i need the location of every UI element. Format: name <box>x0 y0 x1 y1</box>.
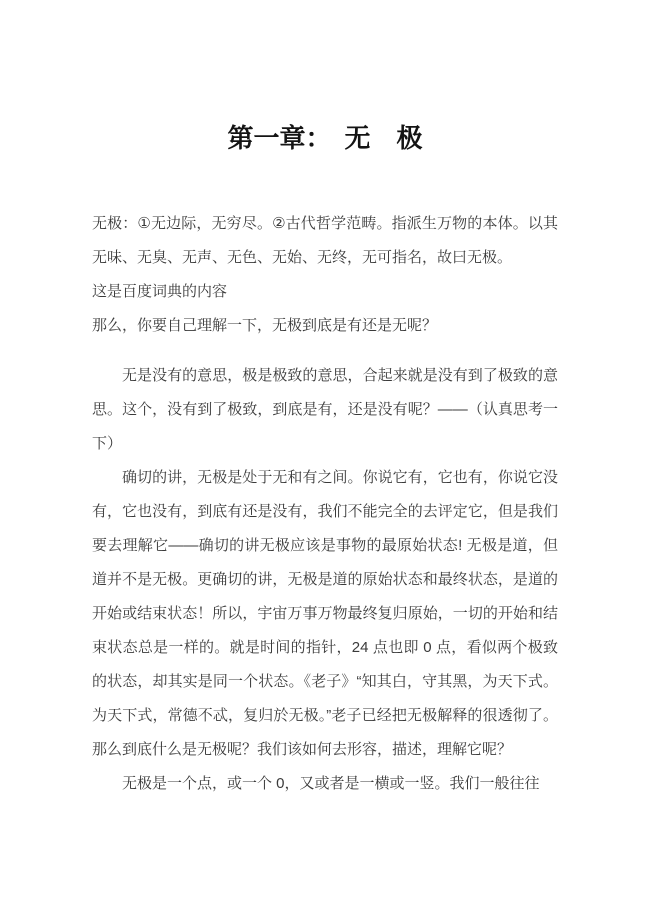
paragraph-definition: 无极：①无边际，无穷尽。②古代哲学范畴。指派生万物的本体。以其无味、无臭、无声、… <box>92 207 558 275</box>
paragraph-meaning: 无是没有的意思，极是极致的意思，合起来就是没有到了极致的意思。这个，没有到了极致… <box>92 359 558 461</box>
page-content: 第一章： 无 极 无极：①无边际，无穷尽。②古代哲学范畴。指派生万物的本体。以其… <box>92 0 558 801</box>
document-page: 第一章： 无 极 无极：①无边际，无穷尽。②古代哲学范畴。指派生万物的本体。以其… <box>0 0 646 914</box>
paragraph-source-note: 这是百度词典的内容 <box>92 275 558 309</box>
chapter-title: 第一章： 无 极 <box>92 119 558 157</box>
paragraph-explanation: 确切的讲，无极是处于无和有之间。你说它有，它也有，你说它没有，它也没有，到底有还… <box>92 461 558 767</box>
paragraph-question: 那么，你要自己理解一下，无极到底是有还是无呢？ <box>92 309 558 343</box>
paragraph-closing: 无极是一个点，或一个 0，又或者是一横或一竖。我们一般往往 <box>92 767 558 801</box>
